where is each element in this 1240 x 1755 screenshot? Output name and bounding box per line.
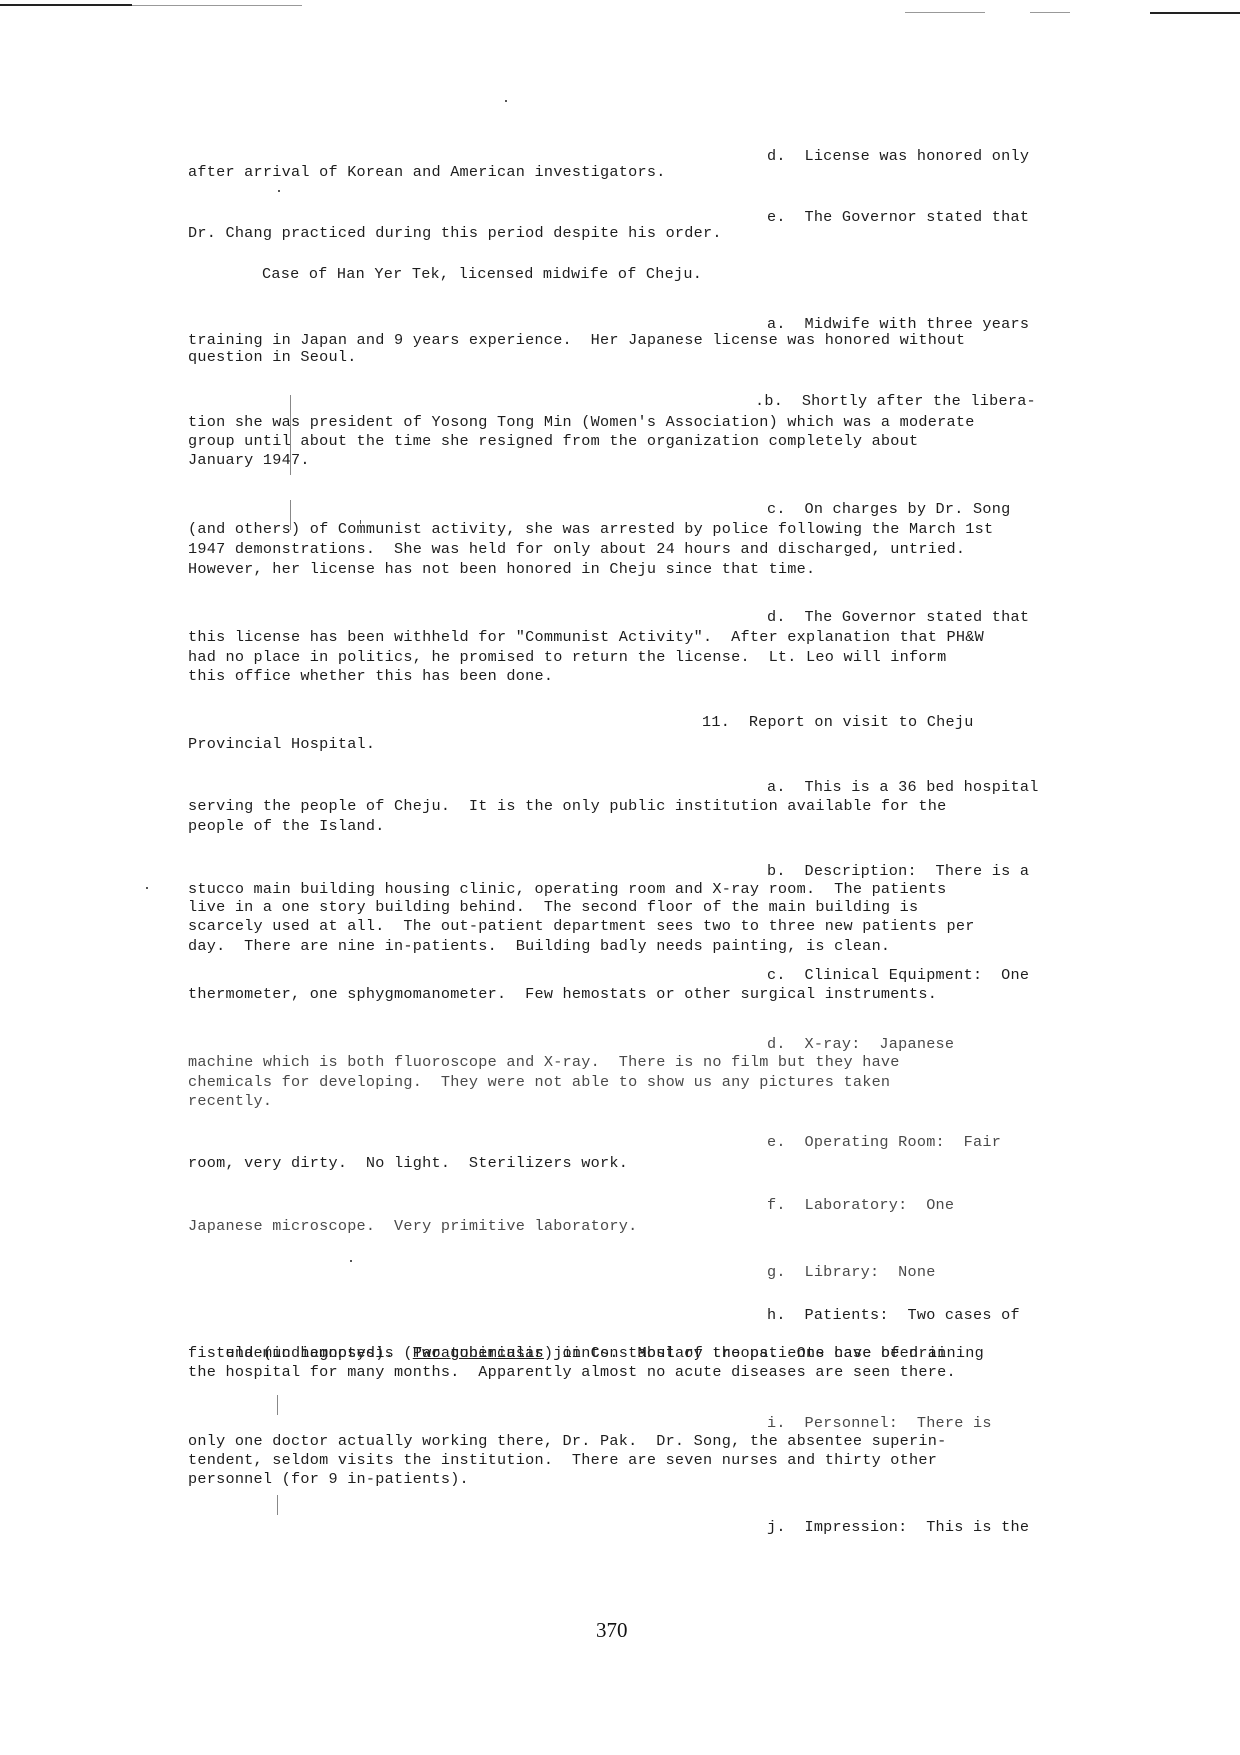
scan-margin-mark — [277, 1495, 278, 1515]
hospital-item-g-label: g. Library: None — [767, 1263, 936, 1282]
scan-edge-line — [0, 4, 132, 6]
hospital-item-d-line2: chemicals for developing. They were not … — [188, 1073, 890, 1092]
case-item-d-line2: had no place in politics, he promised to… — [188, 648, 946, 667]
scan-speck — [360, 520, 361, 524]
case-item-b-line3: January 1947. — [188, 451, 310, 470]
hospital-item-f-label: f. Laboratory: One — [767, 1196, 954, 1215]
hospital-item-h-label: h. Patients: Two cases of — [767, 1306, 1020, 1325]
hospital-item-d-line1: machine which is both fluoroscope and X-… — [188, 1053, 900, 1072]
hospital-item-h-line3: the hospital for many months. Apparently… — [188, 1363, 956, 1382]
hospital-item-i-line3: personnel (for 9 in-patients). — [188, 1470, 469, 1489]
scan-margin-mark — [290, 395, 291, 475]
case-heading: Case of Han Yer Tek, licensed midwife of… — [262, 265, 702, 284]
scan-speck — [146, 887, 148, 889]
case-item-a-line2: question in Seoul. — [188, 348, 357, 367]
hospital-item-d-line3: recently. — [188, 1092, 272, 1111]
item-e-governor-label: e. The Governor stated that — [767, 208, 1029, 227]
scan-edge-line — [132, 5, 302, 6]
hospital-item-a-line2: people of the Island. — [188, 817, 385, 836]
case-item-b-line1: tion she was president of Yosong Tong Mi… — [188, 413, 975, 432]
case-item-c-line1: (and others) of Communist activity, she … — [188, 520, 993, 539]
hospital-item-c-line1: thermometer, one sphygmomanometer. Few h… — [188, 985, 937, 1004]
hospital-item-f-line1: Japanese microscope. Very primitive labo… — [188, 1217, 637, 1236]
hospital-item-c-label: c. Clinical Equipment: One — [767, 966, 1029, 985]
scan-edge-line — [1150, 12, 1240, 14]
hospital-item-b-line2: live in a one story building behind. The… — [188, 898, 918, 917]
hospital-item-a-label: a. This is a 36 bed hospital — [767, 778, 1039, 797]
section-11-heading: 11. Report on visit to Cheju — [702, 713, 974, 732]
item-d-license-label: d. License was honored only — [767, 147, 1029, 166]
hospital-item-a-line1: serving the people of Cheju. It is the o… — [188, 797, 946, 816]
hospital-item-j-label: j. Impression: This is the — [767, 1518, 1029, 1537]
case-item-c-label: c. On charges by Dr. Song — [767, 500, 1010, 519]
scan-speck — [350, 1260, 352, 1262]
hospital-item-b-line1: stucco main building housing clinic, ope… — [188, 880, 946, 899]
case-item-d-label: d. The Governor stated that — [767, 608, 1029, 627]
case-item-d-line3: this office whether this has been done. — [188, 667, 553, 686]
hospital-item-e-line1: room, very dirty. No light. Sterilizers … — [188, 1154, 628, 1173]
case-item-c-line2: 1947 demonstrations. She was held for on… — [188, 540, 965, 559]
hospital-item-d-label: d. X-ray: Japanese — [767, 1035, 954, 1054]
scan-speck — [278, 190, 280, 192]
hospital-item-b-line3: scarcely used at all. The out-patient de… — [188, 917, 975, 936]
case-item-b-label: .b. Shortly after the libera- — [755, 392, 1036, 411]
hospital-item-i-line1: only one doctor actually working there, … — [188, 1432, 946, 1451]
hospital-item-h-line2: fistula (undiagnosed). Two tubercular jo… — [188, 1344, 946, 1363]
case-item-b-line2: group until about the time she resigned … — [188, 432, 918, 451]
scan-edge-line — [1030, 12, 1070, 13]
item-e-governor-cont: Dr. Chang practiced during this period d… — [188, 224, 722, 243]
case-item-d-line1: this license has been withheld for "Comm… — [188, 628, 984, 647]
section-11-heading-cont: Provincial Hospital. — [188, 735, 375, 754]
hospital-item-b-line4: day. There are nine in-patients. Buildin… — [188, 937, 890, 956]
scan-edge-line — [905, 12, 985, 13]
hospital-item-b-label: b. Description: There is a — [767, 862, 1029, 881]
hospital-item-e-label: e. Operating Room: Fair — [767, 1133, 1001, 1152]
item-d-license-cont: after arrival of Korean and American inv… — [188, 163, 666, 182]
scan-margin-mark — [277, 1395, 278, 1415]
scan-speck — [505, 100, 507, 102]
hospital-item-i-line2: tendent, seldom visits the institution. … — [188, 1451, 937, 1470]
hospital-item-i-label: i. Personnel: There is — [767, 1414, 992, 1433]
scan-margin-mark — [290, 500, 291, 530]
case-item-c-line3: However, her license has not been honore… — [188, 560, 815, 579]
page-number: 370 — [596, 1618, 628, 1643]
